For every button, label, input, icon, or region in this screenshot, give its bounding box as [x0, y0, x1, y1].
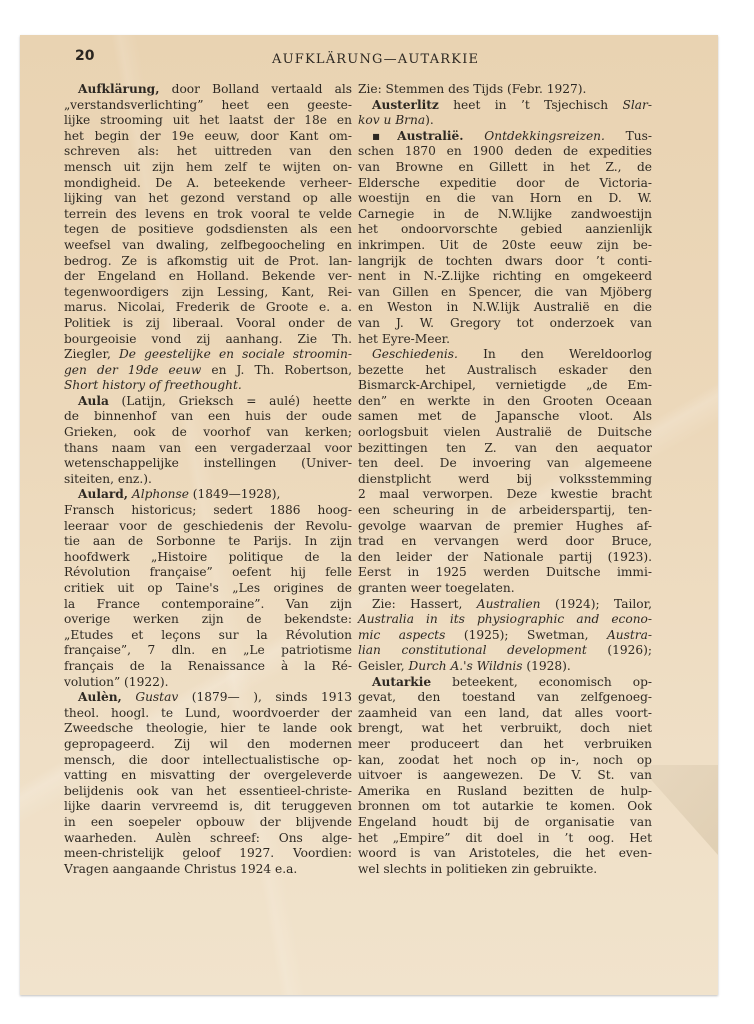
text-line: Australia in its physiographic and econo…	[358, 612, 652, 628]
text-run: brengt, wat het verbruikt, doch niet	[358, 721, 652, 735]
text-line: weefsel van dwaling, zelfbegoocheling en	[64, 238, 352, 254]
text-line: wel slechts in politieken zin gebruikte.	[358, 862, 652, 878]
text-run: de binnenhof van een huis der oude	[64, 409, 352, 423]
text-line: Vragen aangaande Christus 1924 e.a.	[64, 862, 352, 878]
text-line: Aula (Latijn, Grieksch = aulé) heette	[64, 394, 352, 410]
text-line: critiek uit op Taine's „Les origines de	[64, 581, 352, 597]
text-run: nent in N.-Z.lijke richting en omgekeerd	[358, 269, 652, 283]
text-run: leeraar voor de geschiedenis der Revolu-	[64, 519, 352, 533]
text-line: meen-christelijk geloof 1927. Voordien:	[64, 846, 352, 862]
text-run: critiek uit op Taine's „Les origines de	[64, 581, 352, 595]
text-line: marus. Nicolai, Frederik de Groote e. a.	[64, 300, 352, 316]
entry-headword: Australië.	[397, 129, 463, 143]
text-run: Amerika en Rusland bezitten de hulp-	[358, 784, 652, 798]
text-line: Ziegler, De geestelijke en sociale stroo…	[64, 347, 352, 363]
italic-text: Slar-	[623, 98, 652, 112]
text-line: tie aan de Sorbonne te Parijs. In zijn	[64, 534, 352, 550]
text-run: een scheuring in de arbeiderspartij, ten…	[358, 503, 652, 517]
text-line: tegen de positieve godsdiensten als een	[64, 222, 352, 238]
text-line: 2 maal verworpen. Deze kwestie bracht	[358, 487, 652, 503]
text-line: Carnegie in de N.W.lijke zandwoestijn	[358, 207, 652, 223]
text-run: gevolge waarvan de premier Hughes af-	[358, 519, 652, 533]
text-run: mensch uit zijn hem zelf te wijten on-	[64, 160, 352, 174]
text-run: langrijk de tochten dwars door ’t conti-	[358, 254, 652, 268]
text-run: uitvoer is aangewezen. De V. St. van	[358, 768, 652, 782]
text-run: weefsel van dwaling, zelfbegoocheling en	[64, 238, 352, 252]
text-line: bronnen om tot autarkie te komen. Ook	[358, 799, 652, 815]
text-run: en Weston in N.W.lijk Australië en die	[358, 300, 652, 314]
text-line: hoofdwerk „Histoire politique de la	[64, 550, 352, 566]
text-line: kan, zoodat het noch op in-, noch op	[358, 753, 652, 769]
text-run: van J. W. Gregory tot onderzoek van	[358, 316, 652, 330]
text-run: tie aan de Sorbonne te Parijs. In zijn	[64, 534, 352, 548]
text-run: 2 maal verworpen. Deze kwestie bracht	[358, 487, 652, 501]
italic-text: Australien	[477, 597, 541, 611]
italic-text: Alphonse	[132, 487, 189, 501]
italic-text: Short history of freethought.	[64, 378, 242, 392]
text-run: het Eyre-Meer.	[358, 332, 450, 346]
text-run: volution” (1922).	[64, 675, 168, 689]
text-line: Zweedsche theologie, hier te lande ook	[64, 721, 352, 737]
text-run: schen 1870 en 1900 deden de expedities	[358, 144, 652, 158]
text-line: mensch uit zijn hem zelf te wijten on-	[64, 160, 352, 176]
text-line: Eerst in 1925 werden Duitsche immi-	[358, 565, 652, 581]
text-line: la France contemporaine”. Van zijn	[64, 597, 352, 613]
text-run	[122, 690, 136, 704]
text-line: en Weston in N.W.lijk Australië en die	[358, 300, 652, 316]
text-run: theol. hoogl. te Lund, woordvoerder der	[64, 706, 352, 720]
text-line: ▪Australië. Ontdekkingsreizen. Tus-	[358, 129, 652, 145]
text-line: van J. W. Gregory tot onderzoek van	[358, 316, 652, 332]
text-run: granten weer toegelaten.	[358, 581, 515, 595]
text-line: „Etudes et leçons sur la Révolution	[64, 628, 352, 644]
text-line: het Eyre-Meer.	[358, 332, 652, 348]
text-line: volution” (1922).	[64, 675, 352, 691]
text-run: den leider der Nationale partij (1923).	[358, 550, 652, 564]
text-line: Politiek is zij liberaal. Vooral onder d…	[64, 316, 352, 332]
text-line: lian constitutional development (1926);	[358, 643, 652, 659]
text-run: en J. Th. Robertson,	[201, 363, 352, 377]
text-line: inkrimpen. Uit de 20ste eeuw zijn be-	[358, 238, 652, 254]
text-line: siteiten, enz.).	[64, 472, 352, 488]
text-line: meer produceert dan het verbruiken	[358, 737, 652, 753]
entry-headword: Autarkie	[372, 675, 431, 689]
entry-headword: Aufklärung,	[78, 82, 159, 96]
text-run	[464, 129, 485, 143]
text-run: belijdenis ook van het essentieel-christ…	[64, 784, 352, 798]
right-column: Zie: Stemmen des Tijds (Febr. 1927).Aust…	[358, 82, 652, 877]
text-run: het „Empire” dit doel in ’t oog. Het	[358, 831, 652, 845]
text-run: bezette het Australisch eskader den	[358, 363, 652, 377]
text-run: overige werken zijn de bekendste:	[64, 612, 352, 626]
text-line: ten deel. De invoering van algemeene	[358, 456, 652, 472]
text-run: bezittingen ten Z. van den aequator	[358, 441, 652, 455]
text-line: gen der 19de eeuw en J. Th. Robertson,	[64, 363, 352, 379]
text-line: Short history of freethought.	[64, 378, 352, 394]
entry-headword: Aulard,	[78, 487, 128, 501]
text-run: gevat, den toestand van zelfgenoeg-	[358, 690, 652, 704]
text-line: français de la Renaissance à la Ré-	[64, 659, 352, 675]
text-run: „verstandsverlichting” heet een geeste-	[64, 98, 352, 112]
text-line: den” en werkte in den Grooten Oceaan	[358, 394, 652, 410]
italic-text: mic aspects	[358, 628, 445, 642]
text-line: samen met de Japansche vloot. Als	[358, 409, 652, 425]
text-line: française”, 7 dln. en „Le patriotisme	[64, 643, 352, 659]
text-run: Fransch historicus; sedert 1886 hoog-	[64, 503, 352, 517]
text-line: Aulèn, Gustav (1879— ), sinds 1913	[64, 690, 352, 706]
italic-text: Australia in its physiographic and econo…	[358, 612, 652, 626]
text-run: van Browne en Gillett in het Z., de	[358, 160, 652, 174]
text-line: in een soepeler opbouw der blijvende	[64, 815, 352, 831]
text-run: bedrog. Ze is afkomstig uit de Prot. lan…	[64, 254, 352, 268]
text-line: brengt, wat het verbruikt, doch niet	[358, 721, 652, 737]
text-line: nent in N.-Z.lijke richting en omgekeerd	[358, 269, 652, 285]
text-line: theol. hoogl. te Lund, woordvoerder der	[64, 706, 352, 722]
text-line: bezittingen ten Z. van den aequator	[358, 441, 652, 457]
text-run: dienstplicht werd bij volksstemming	[358, 472, 652, 486]
text-line: bedrog. Ze is afkomstig uit de Prot. lan…	[64, 254, 352, 270]
text-line: Autarkie beteekent, economisch op-	[358, 675, 652, 691]
text-run: tegenwoordigers zijn Lessing, Kant, Rei-	[64, 285, 352, 299]
text-run: van Gillen en Spencer, die van Mjöberg	[358, 285, 652, 299]
text-run: hoofdwerk „Histoire politique de la	[64, 550, 352, 564]
text-line: mic aspects (1925); Swetman, Austra-	[358, 628, 652, 644]
text-line: van Browne en Gillett in het Z., de	[358, 160, 652, 176]
text-run: Carnegie in de N.W.lijke zandwoestijn	[358, 207, 652, 221]
text-run: het ondoorvorschte gebied aanzienlijk	[358, 222, 652, 236]
text-line: Geisler, Durch A.'s Wildnis (1928).	[358, 659, 652, 675]
text-line: Amerika en Rusland bezitten de hulp-	[358, 784, 652, 800]
text-line: Aulard, Alphonse (1849—1928),	[64, 487, 352, 503]
italic-text: Ontdekkingsreizen.	[484, 129, 605, 143]
text-run: Geisler,	[358, 659, 408, 673]
text-line: vatting en misvatting der overgeleverde	[64, 768, 352, 784]
text-line: Révolution française” oefent hij felle	[64, 565, 352, 581]
text-run: woestijn en die van Horn en D. W.	[358, 191, 652, 205]
text-run: (1925); Swetman,	[445, 628, 607, 642]
text-run: mondigheid. De A. beteekende verheer-	[64, 176, 352, 190]
text-run: (1928).	[523, 659, 571, 673]
text-run: Vragen aangaande Christus 1924 e.a.	[64, 862, 297, 876]
text-run: vatting en misvatting der overgeleverde	[64, 768, 352, 782]
text-line: Grieken, ook de voorhof van kerken;	[64, 425, 352, 441]
text-run: kan, zoodat het noch op in-, noch op	[358, 753, 652, 767]
italic-text: gen der 19de eeuw	[64, 363, 201, 377]
italic-text: Geschiedenis.	[372, 347, 458, 361]
text-line: thans naam van een vergaderzaal voor	[64, 441, 352, 457]
italic-text: Gustav	[135, 690, 178, 704]
text-line: Austerlitz heet in ’t Tsjechisch Slar-	[358, 98, 652, 114]
text-line: de binnenhof van een huis der oude	[64, 409, 352, 425]
text-run: ▪	[372, 129, 397, 143]
text-line: Aufklärung, door Bolland vertaald als	[64, 82, 352, 98]
text-line: lijke strooming uit het laatst der 18e e…	[64, 113, 352, 129]
text-run: heet in ’t Tsjechisch	[439, 98, 623, 112]
page-number: 20	[75, 48, 94, 64]
text-run: meen-christelijk geloof 1927. Voordien:	[64, 846, 352, 860]
text-line: terrein des levens en trok vooral te vel…	[64, 207, 352, 223]
text-run: (1849—1928),	[189, 487, 280, 501]
text-line: zaamheid van een land, dat alles voort-	[358, 706, 652, 722]
text-line: gevolge waarvan de premier Hughes af-	[358, 519, 652, 535]
text-run: den” en werkte in den Grooten Oceaan	[358, 394, 652, 408]
italic-text: De geestelijke en sociale stroomin-	[119, 347, 352, 361]
text-run: tegen de positieve godsdiensten als een	[64, 222, 352, 236]
text-line: belijdenis ook van het essentieel-christ…	[64, 784, 352, 800]
text-run: gepropageerd. Zij wil den modernen	[64, 737, 352, 751]
text-line: woestijn en die van Horn en D. W.	[358, 191, 652, 207]
text-line: mensch, die door intellectualistische op…	[64, 753, 352, 769]
text-run: door Bolland vertaald als	[159, 82, 352, 96]
text-line: oorlogsbuit vielen Australië de Duitsche	[358, 425, 652, 441]
text-line: wetenschappelijke instellingen (Univer-	[64, 456, 352, 472]
text-run: beteekent, economisch op-	[431, 675, 652, 689]
left-column: Aufklärung, door Bolland vertaald als„ve…	[64, 82, 352, 877]
text-run: In den Wereldoorlog	[458, 347, 652, 361]
text-run: Ziegler,	[64, 347, 119, 361]
text-run: française”, 7 dln. en „Le patriotisme	[64, 643, 352, 657]
text-line: woord is van Aristoteles, die het even-	[358, 846, 652, 862]
text-run: Engeland houdt bij de organisatie van	[358, 815, 652, 829]
running-head: AUFKLÄRUNG—AUTARKIE	[272, 52, 512, 67]
text-line: trad en vervangen werd door Bruce,	[358, 534, 652, 550]
italic-text: kov u Brna	[358, 113, 425, 127]
text-line: tegenwoordigers zijn Lessing, Kant, Rei-	[64, 285, 352, 301]
text-run: Eerst in 1925 werden Duitsche immi-	[358, 565, 652, 579]
text-line: het begin der 19e eeuw, door Kant om-	[64, 129, 352, 145]
text-run: Bismarck-Archipel, vernietigde „de Em-	[358, 378, 652, 392]
text-run: in een soepeler opbouw der blijvende	[64, 815, 352, 829]
text-line: Eldersche expeditie door de Victoria-	[358, 176, 652, 192]
text-line: bourgeoisie vond zij aanhang. Zie Th.	[64, 332, 352, 348]
text-run: Révolution française” oefent hij felle	[64, 565, 352, 579]
text-line: „verstandsverlichting” heet een geeste-	[64, 98, 352, 114]
text-run: la France contemporaine”. Van zijn	[64, 597, 352, 611]
text-run: inkrimpen. Uit de 20ste eeuw zijn be-	[358, 238, 652, 252]
text-run: Politiek is zij liberaal. Vooral onder d…	[64, 316, 352, 330]
text-run: woord is van Aristoteles, die het even-	[358, 846, 652, 860]
italic-text: Durch A.'s Wildnis	[408, 659, 522, 673]
text-run: het begin der 19e eeuw, door Kant om-	[64, 129, 352, 143]
text-run: „Etudes et leçons sur la Révolution	[64, 628, 352, 642]
text-run: Zie: Stemmen des Tijds (Febr. 1927).	[358, 82, 586, 96]
italic-text: Austra-	[607, 628, 652, 642]
text-run: samen met de Japansche vloot. Als	[358, 409, 652, 423]
text-run: wel slechts in politieken zin gebruikte.	[358, 862, 597, 876]
text-run: thans naam van een vergaderzaal voor	[64, 441, 352, 455]
text-line: Geschiedenis. In den Wereldoorlog	[358, 347, 652, 363]
text-run: (1924); Tailor,	[541, 597, 652, 611]
text-line: der Engeland en Holland. Bekende ver-	[64, 269, 352, 285]
text-run: der Engeland en Holland. Bekende ver-	[64, 269, 352, 283]
text-line: Bismarck-Archipel, vernietigde „de Em-	[358, 378, 652, 394]
text-line: Fransch historicus; sedert 1886 hoog-	[64, 503, 352, 519]
text-run: bronnen om tot autarkie te komen. Ook	[358, 799, 652, 813]
text-line: langrijk de tochten dwars door ’t conti-	[358, 254, 652, 270]
text-line: lijke daarin vervreemd is, dit teruggeve…	[64, 799, 352, 815]
entry-headword: Austerlitz	[372, 98, 439, 112]
text-run: terrein des levens en trok vooral te vel…	[64, 207, 352, 221]
text-run: (1879— ), sinds 1913	[178, 690, 352, 704]
text-line: Zie: Hassert, Australien (1924); Tailor,	[358, 597, 652, 613]
text-run: (1926);	[587, 643, 652, 657]
text-run: lijke strooming uit het laatst der 18e e…	[64, 113, 352, 127]
text-line: gepropageerd. Zij wil den modernen	[64, 737, 352, 753]
text-run: Tus-	[605, 129, 652, 143]
text-run: zaamheid van een land, dat alles voort-	[358, 706, 652, 720]
text-line: uitvoer is aangewezen. De V. St. van	[358, 768, 652, 784]
text-run: lijke daarin vervreemd is, dit teruggeve…	[64, 799, 352, 813]
text-run: bourgeoisie vond zij aanhang. Zie Th.	[64, 332, 352, 346]
text-run: Eldersche expeditie door de Victoria-	[358, 176, 652, 190]
text-run: Zweedsche theologie, hier te lande ook	[64, 721, 352, 735]
text-line: lijking van het gezond verstand op alle	[64, 191, 352, 207]
text-line: het ondoorvorschte gebied aanzienlijk	[358, 222, 652, 238]
text-run: lijking van het gezond verstand op alle	[64, 191, 352, 205]
text-run: Grieken, ook de voorhof van kerken;	[64, 425, 352, 439]
italic-text: lian constitutional development	[358, 643, 587, 657]
text-run: oorlogsbuit vielen Australië de Duitsche	[358, 425, 652, 439]
text-line: schreven als: het uittreden van den	[64, 144, 352, 160]
text-line: den leider der Nationale partij (1923).	[358, 550, 652, 566]
text-run: français de la Renaissance à la Ré-	[64, 659, 352, 673]
text-line: een scheuring in de arbeiderspartij, ten…	[358, 503, 652, 519]
text-run: Zie: Hassert,	[372, 597, 477, 611]
text-run: schreven als: het uittreden van den	[64, 144, 352, 158]
entry-headword: Aula	[78, 394, 109, 408]
text-line: schen 1870 en 1900 deden de expedities	[358, 144, 652, 160]
text-run: meer produceert dan het verbruiken	[358, 737, 652, 751]
text-line: waarheden. Aulèn schreef: Ons alge-	[64, 831, 352, 847]
text-run: siteiten, enz.).	[64, 472, 152, 486]
text-run: mensch, die door intellectualistische op…	[64, 753, 352, 767]
text-run: ).	[425, 113, 434, 127]
text-run: trad en vervangen werd door Bruce,	[358, 534, 652, 548]
text-run: (Latijn, Grieksch = aulé) heette	[109, 394, 352, 408]
text-line: leeraar voor de geschiedenis der Revolu-	[64, 519, 352, 535]
text-line: bezette het Australisch eskader den	[358, 363, 652, 379]
text-line: mondigheid. De A. beteekende verheer-	[64, 176, 352, 192]
text-run: wetenschappelijke instellingen (Univer-	[64, 456, 352, 470]
text-line: Engeland houdt bij de organisatie van	[358, 815, 652, 831]
text-line: overige werken zijn de bekendste:	[64, 612, 352, 628]
text-line: gevat, den toestand van zelfgenoeg-	[358, 690, 652, 706]
text-line: dienstplicht werd bij volksstemming	[358, 472, 652, 488]
text-line: van Gillen en Spencer, die van Mjöberg	[358, 285, 652, 301]
text-run: ten deel. De invoering van algemeene	[358, 456, 652, 470]
text-run: marus. Nicolai, Frederik de Groote e. a.	[64, 300, 352, 314]
text-line: het „Empire” dit doel in ’t oog. Het	[358, 831, 652, 847]
text-line: kov u Brna).	[358, 113, 652, 129]
text-run: waarheden. Aulèn schreef: Ons alge-	[64, 831, 352, 845]
entry-headword: Aulèn,	[78, 690, 122, 704]
text-line: granten weer toegelaten.	[358, 581, 652, 597]
text-line: Zie: Stemmen des Tijds (Febr. 1927).	[358, 82, 652, 98]
